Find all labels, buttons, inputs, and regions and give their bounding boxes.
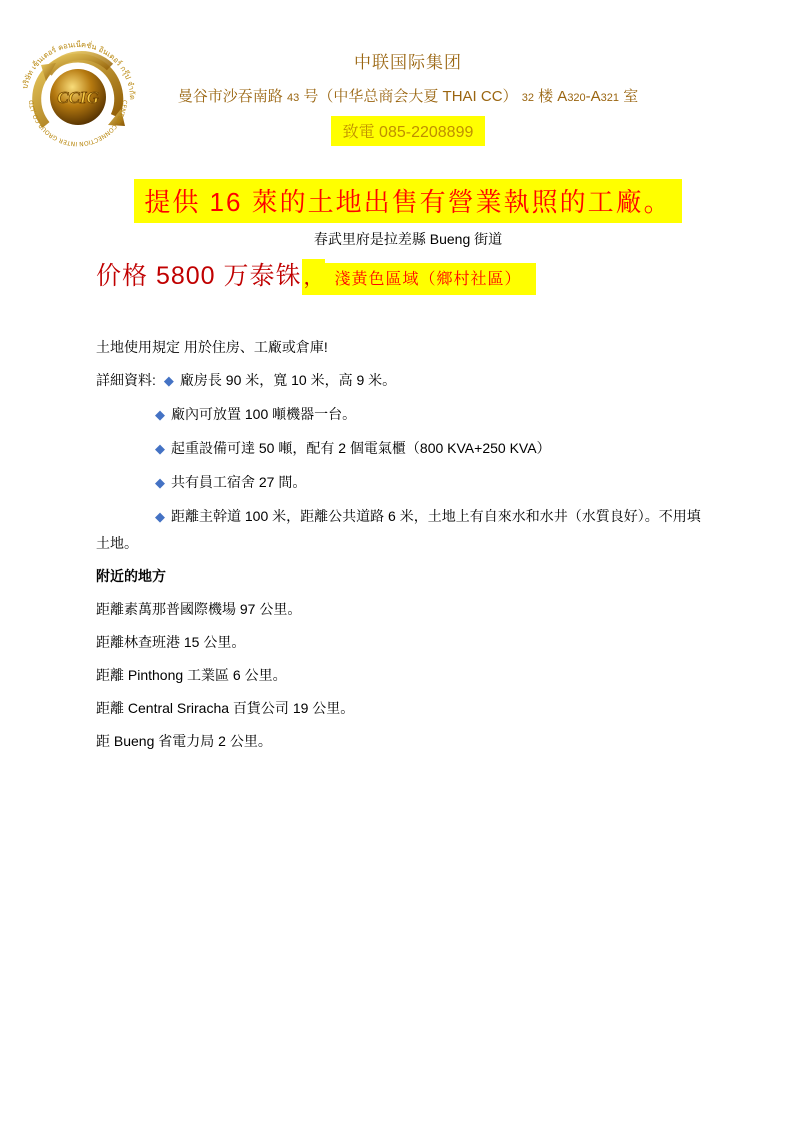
diamond-bullet-icon: ◆ <box>155 509 165 524</box>
address-part: 号（中华总商会大夏 THAI CC） <box>299 88 522 105</box>
company-address: 曼谷市沙吞南路 43 号（中华总商会大夏 THAI CC） 32 楼 A320-… <box>22 85 794 106</box>
document-page: CCIG บริษัท เซ็นเตอร์ คอนเน็คชั่น อินเตอ… <box>0 0 794 1123</box>
bullet-text: 共有員工宿舍 27 間。 <box>171 474 306 490</box>
zone-note: 淺黃色區域（鄉村社區） <box>325 263 536 295</box>
address-part: 楼 A <box>534 88 567 105</box>
details-line: 詳細資料:◆廠房長 90 米，寬 10 米，高 9 米。 <box>96 367 708 394</box>
body-text: 土地使用規定 用於住房、工廠或倉庫! 詳細資料:◆廠房長 90 米，寬 10 米… <box>96 334 708 761</box>
phone-number: 致電 085-2208899 <box>331 116 486 146</box>
bullet-text: 起重設備可達 50 噸，配有 2 個電氣櫃（800 KVA+250 KVA） <box>171 440 551 456</box>
bullet-text: 距離主幹道 100 米，距離公共道路 6 米，土地上有自來水和水井（水質良好）。… <box>96 508 701 551</box>
address-part: 室 <box>619 88 638 105</box>
diamond-bullet-icon: ◆ <box>164 373 174 388</box>
bullet-text: 廠房長 90 米，寬 10 米，高 9 米。 <box>180 372 396 388</box>
phone-row: 致電 085-2208899 <box>22 116 794 146</box>
nearby-line: 距離 Pinthong 工業區 6 公里。 <box>96 662 708 688</box>
bullet-line: ◆廠內可放置 100 噸機器一台。 <box>96 401 708 428</box>
location-subtitle: 春武里府是拉差縣 Bueng 街道 <box>22 229 794 249</box>
bullet-line: ◆距離主幹道 100 米，距離公共道路 6 米，土地上有自來水和水井（水質良好）… <box>96 503 708 556</box>
bullet-text: 廠內可放置 100 噸機器一台。 <box>171 406 356 422</box>
address-room-number: 320 <box>567 92 585 104</box>
nearby-heading: 附近的地方 <box>96 563 708 589</box>
price-row: 价格 5800 万泰铢，淺黃色區域（鄉村社區） <box>96 256 536 292</box>
page-title: 提供 16 萊的土地出售有營業執照的工廠。 <box>134 179 681 223</box>
land-usage-line: 土地使用規定 用於住房、工廠或倉庫! <box>96 334 708 360</box>
title-row: 提供 16 萊的土地出售有營業執照的工廠。 <box>22 179 794 223</box>
address-floor-number: 32 <box>522 92 534 104</box>
nearby-line: 距離素萬那普國際機場 97 公里。 <box>96 596 708 622</box>
diamond-bullet-icon: ◆ <box>155 441 165 456</box>
address-room-number: 321 <box>601 92 619 104</box>
bullet-line: ◆起重設備可達 50 噸，配有 2 個電氣櫃（800 KVA+250 KVA） <box>96 435 708 462</box>
address-street-number: 43 <box>287 92 299 104</box>
address-part: 曼谷市沙吞南路 <box>178 88 287 105</box>
diamond-bullet-icon: ◆ <box>155 407 165 422</box>
nearby-line: 距離林查班港 15 公里。 <box>96 629 708 655</box>
address-part: -A <box>586 88 601 105</box>
nearby-line: 距離 Central Sriracha 百貨公司 19 公里。 <box>96 695 708 721</box>
nearby-line: 距 Bueng 省電力局 2 公里。 <box>96 728 708 754</box>
diamond-bullet-icon: ◆ <box>155 475 165 490</box>
bullet-line: ◆共有員工宿舍 27 間。 <box>96 469 708 496</box>
details-label: 詳細資料: <box>96 372 156 388</box>
price-text: 价格 5800 万泰铢 <box>96 262 302 290</box>
price-comma: ， <box>302 259 325 295</box>
company-name: 中联国际集团 <box>22 48 794 73</box>
